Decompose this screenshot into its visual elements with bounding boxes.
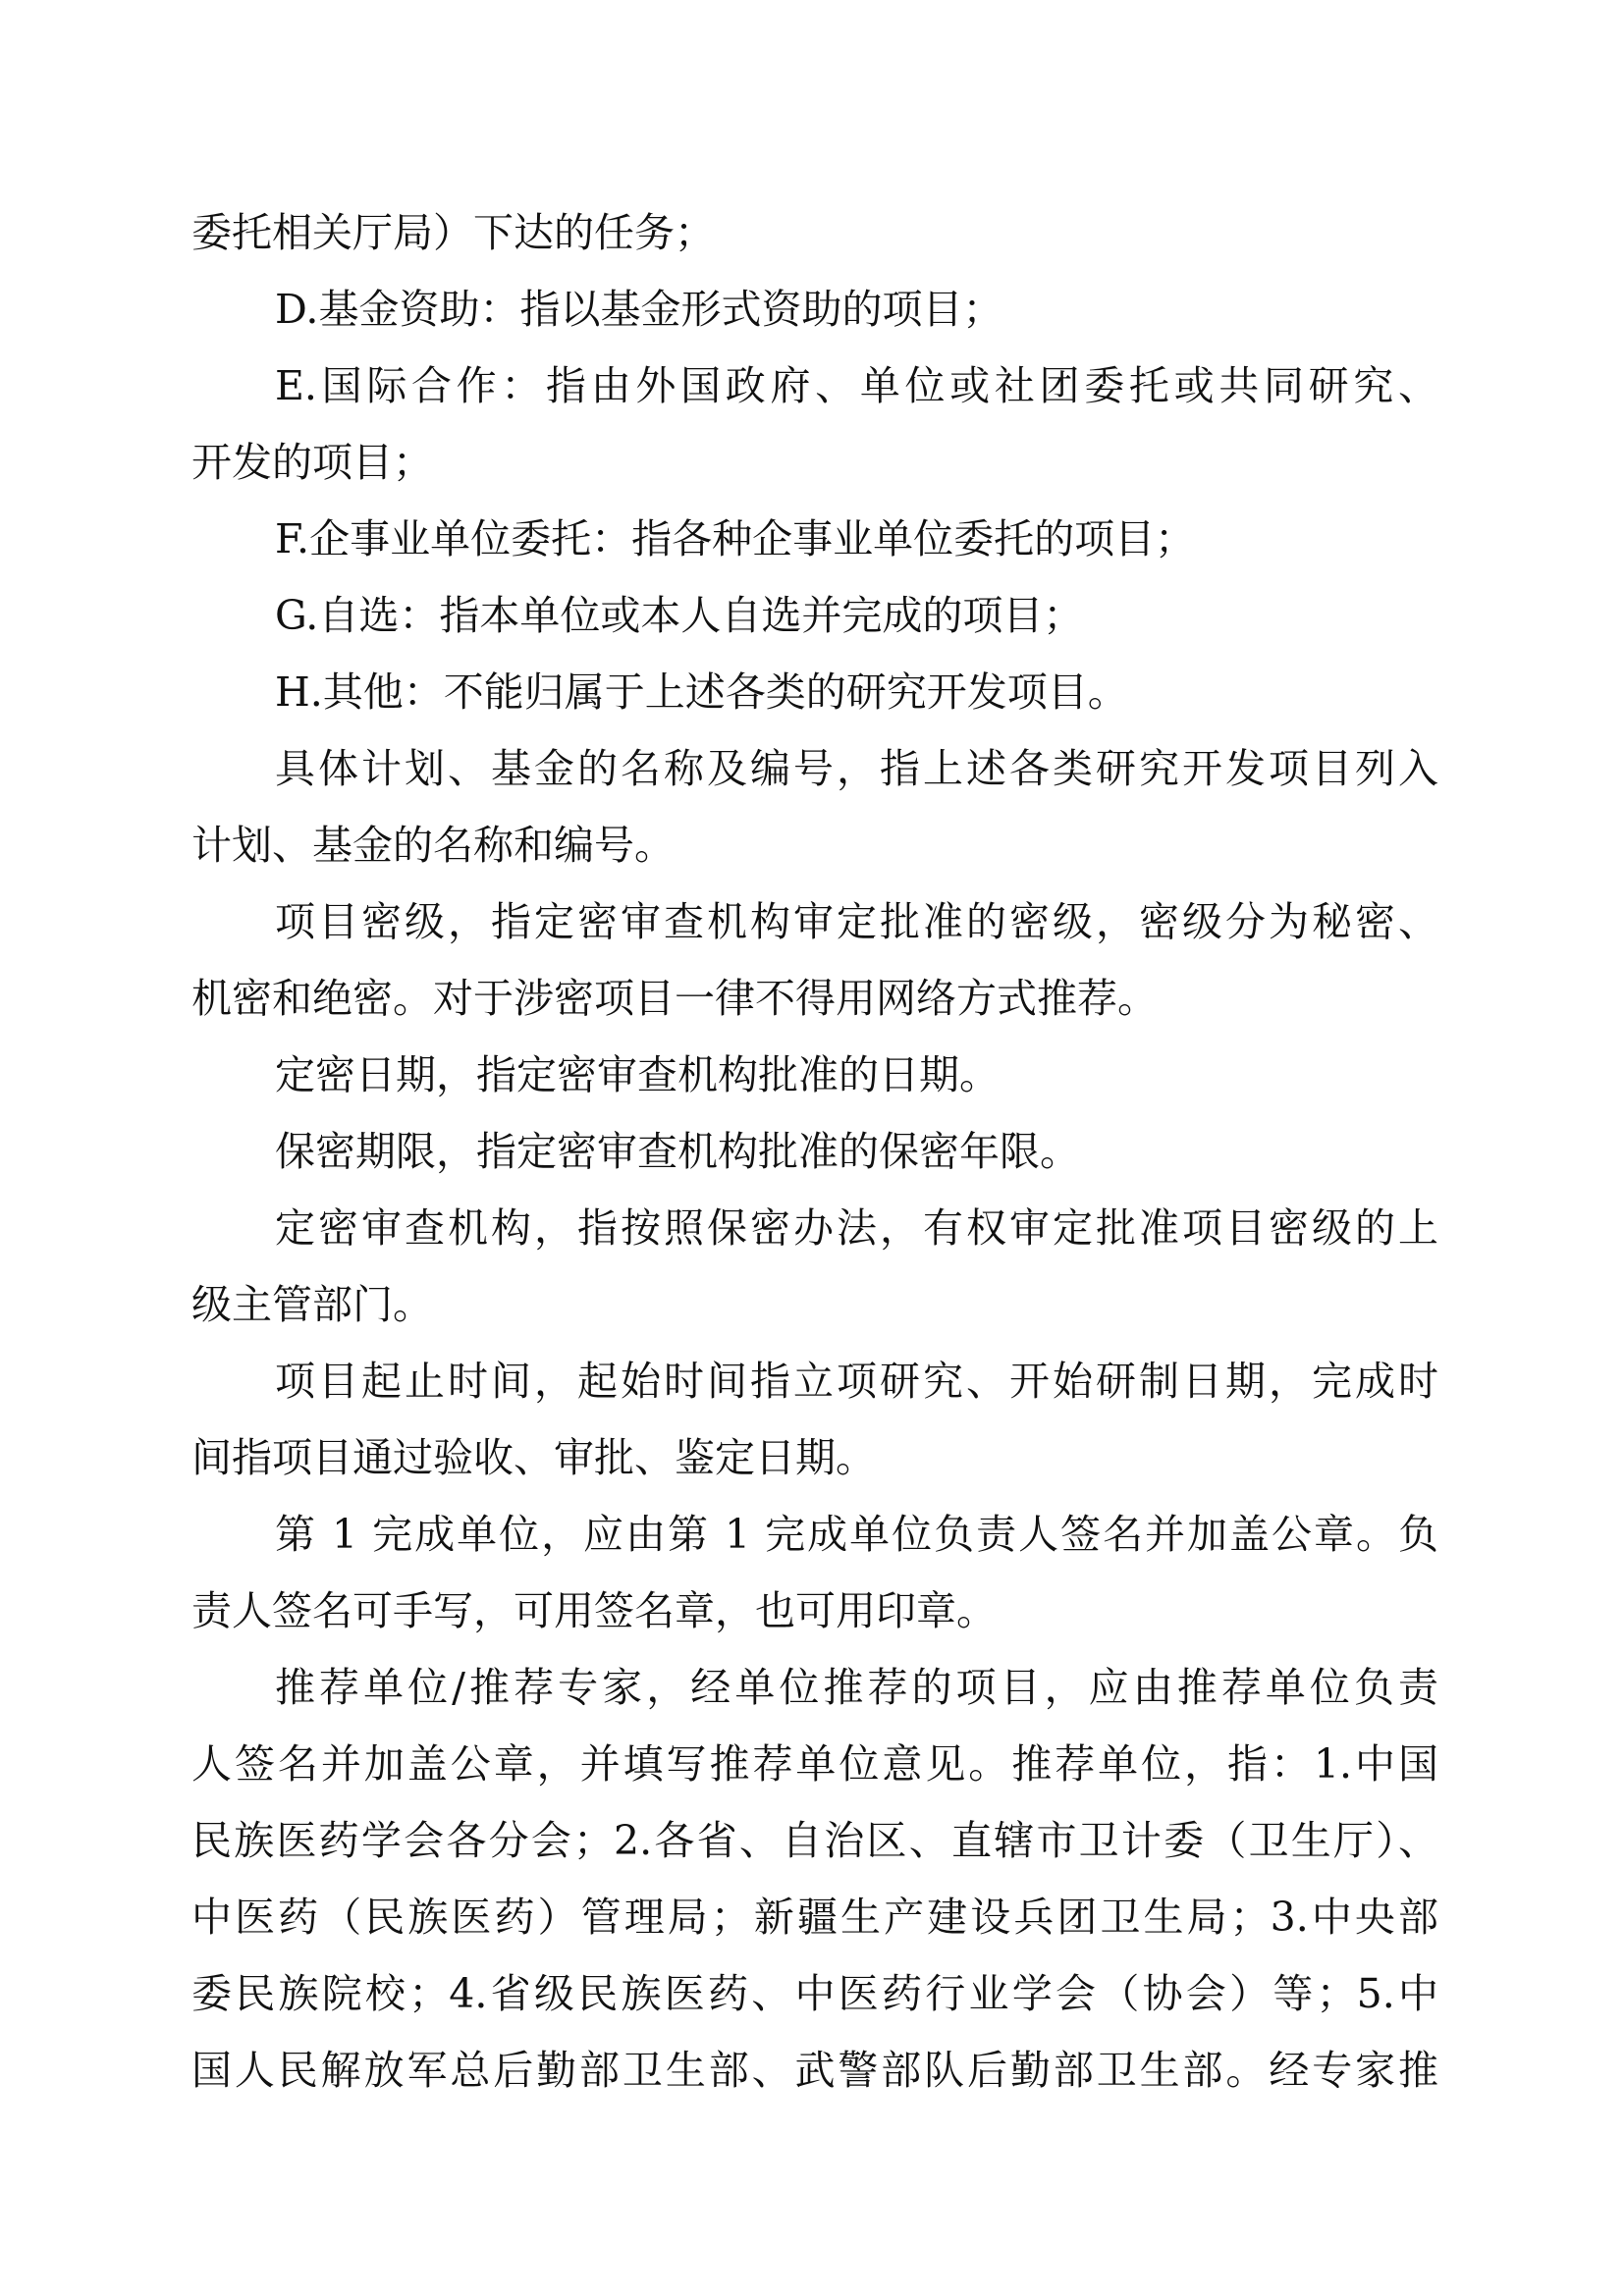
text-line: 委民族院校；4.省级民族医药、中医药行业学会（协会）等；5.中	[191, 1955, 1438, 2032]
text-line: 机密和绝密。对于涉密项目一律不得用网络方式推荐。	[191, 960, 1438, 1037]
text-line: 民族医药学会各分会；2.各省、自治区、直辖市卫计委（卫生厅）、	[191, 1802, 1438, 1879]
text-line: 计划、基金的名称和编号。	[191, 807, 1438, 883]
text-line: H.其他：不能归属于上述各类的研究开发项目。	[191, 654, 1438, 730]
body-text: 委托相关厅局）下达的任务； D.基金资助：指以基金形式资助的项目； E.国际合作…	[191, 194, 1438, 2109]
text-line: 责人签名可手写，可用签名章，也可用印章。	[191, 1573, 1438, 1649]
text-line: 中医药（民族医药）管理局；新疆生产建设兵团卫生局；3.中央部	[191, 1879, 1438, 1955]
text-line: 委托相关厅局）下达的任务；	[191, 194, 1438, 271]
text-line: 保密期限，指定密审查机构批准的保密年限。	[191, 1113, 1438, 1190]
text-line: 间指项目通过验收、审批、鉴定日期。	[191, 1419, 1438, 1496]
text-line: 定密审查机构，指按照保密办法，有权审定批准项目密级的上	[191, 1190, 1438, 1266]
text-line: 具体计划、基金的名称及编号，指上述各类研究开发项目列入	[191, 730, 1438, 807]
document-page: 委托相关厅局）下达的任务； D.基金资助：指以基金形式资助的项目； E.国际合作…	[0, 0, 1624, 2296]
text-line: 国人民解放军总后勤部卫生部、武警部队后勤部卫生部。经专家推	[191, 2032, 1438, 2109]
text-line: E.国际合作：指由外国政府、单位或社团委托或共同研究、	[191, 347, 1438, 424]
text-line: G.自选：指本单位或本人自选并完成的项目；	[191, 577, 1438, 654]
text-line: F.企事业单位委托：指各种企事业单位委托的项目；	[191, 501, 1438, 577]
text-line: 项目密级，指定密审查机构审定批准的密级，密级分为秘密、	[191, 883, 1438, 960]
text-line: 级主管部门。	[191, 1266, 1438, 1343]
text-line: 人签名并加盖公章，并填写推荐单位意见。推荐单位，指：1.中国	[191, 1726, 1438, 1802]
text-line: 开发的项目；	[191, 424, 1438, 501]
text-line: D.基金资助：指以基金形式资助的项目；	[191, 271, 1438, 347]
text-line: 推荐单位/推荐专家，经单位推荐的项目，应由推荐单位负责	[191, 1649, 1438, 1726]
text-line: 项目起止时间，起始时间指立项研究、开始研制日期，完成时	[191, 1343, 1438, 1419]
text-line: 第 1 完成单位，应由第 1 完成单位负责人签名并加盖公章。负	[191, 1496, 1438, 1573]
text-line: 定密日期，指定密审查机构批准的日期。	[191, 1037, 1438, 1113]
